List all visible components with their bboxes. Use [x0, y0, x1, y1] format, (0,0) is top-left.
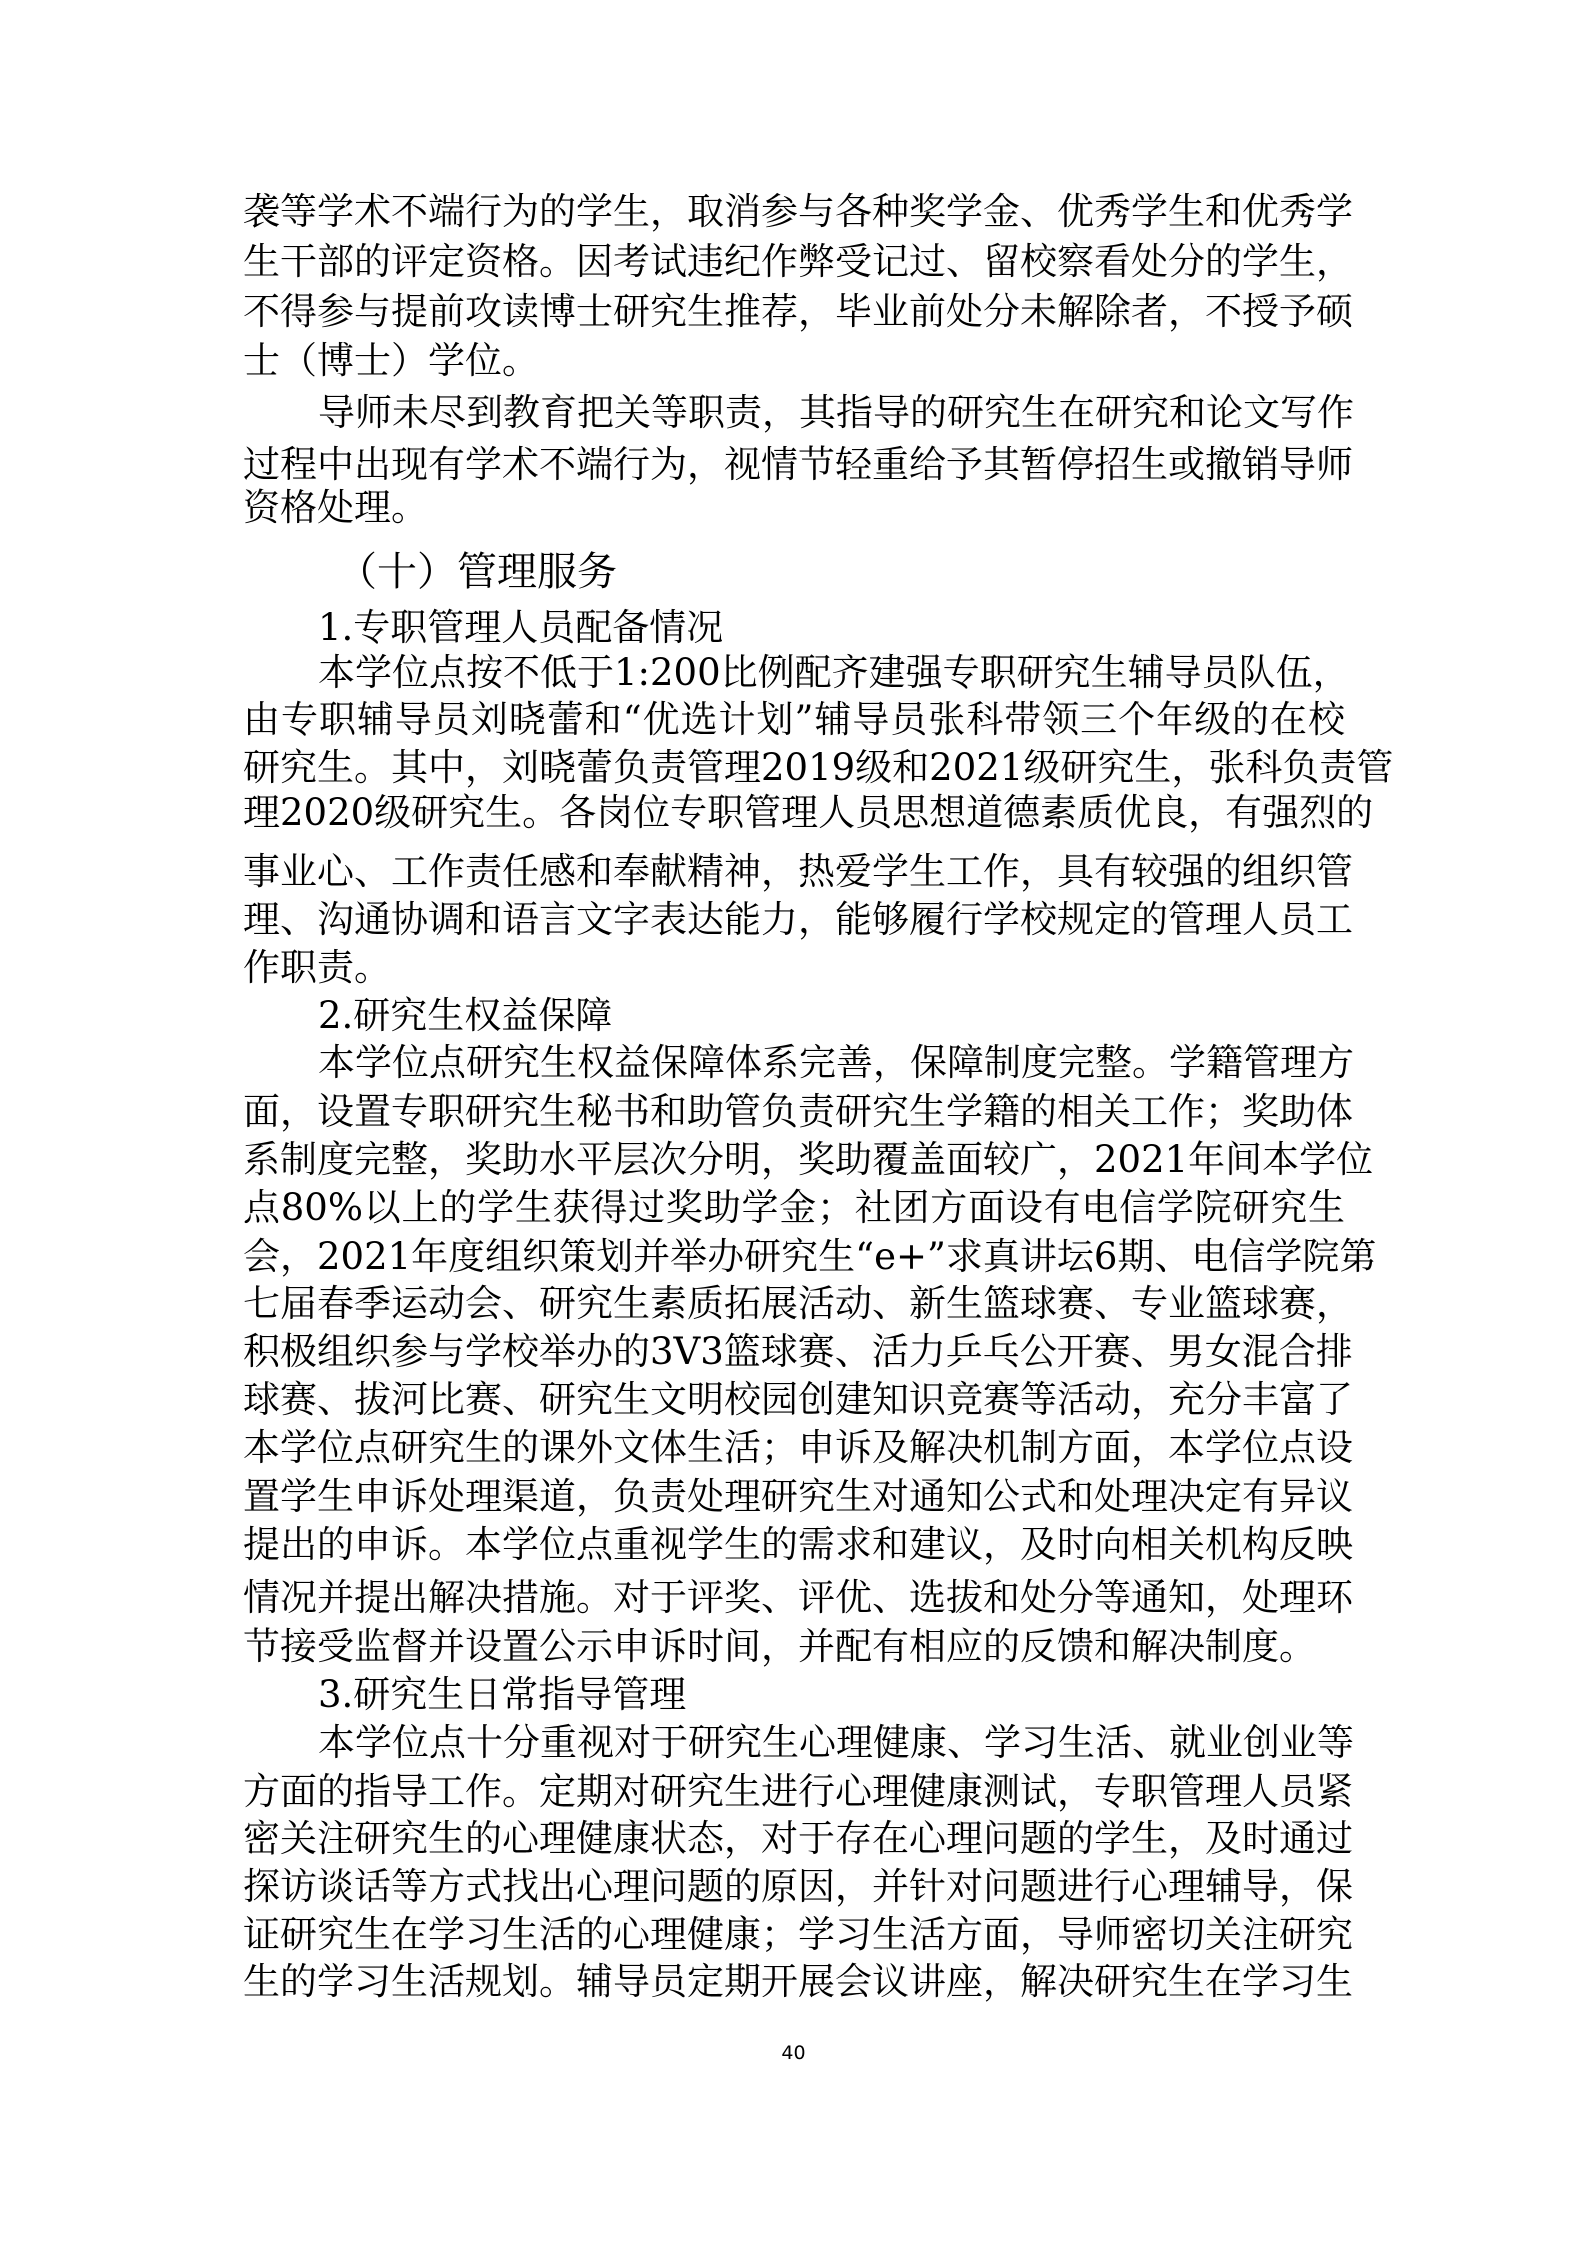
paragraph-last-line: 资格处理。 — [243, 483, 1345, 533]
text-line: 探访谈话等方式找出心理问题的原因，并针对问题进行心理辅导，保 — [243, 1862, 1345, 1912]
text-line: 本学位点研究生的课外文体生活；申诉及解决机制方面，本学位点设 — [243, 1423, 1345, 1473]
text-line: 球赛、拔河比赛、研究生文明校园创建知识竞赛等活动，充分丰富了 — [243, 1375, 1345, 1425]
document-page: 袭等学术不端行为的学生，取消参与各种奖学金、优秀学生和优秀学生干部的评定资格。因… — [0, 0, 1587, 2245]
text-line: 提出的申诉。本学位点重视学生的需求和建议，及时向相关机构反映 — [243, 1520, 1345, 1570]
paragraph-first-line: 导师未尽到教育把关等职责，其指导的研究生在研究和论文写作 — [318, 388, 1345, 438]
text-line: 理2020级研究生。各岗位专职管理人员思想道德素质优良，有强烈的 — [243, 788, 1345, 838]
page-number: 40 — [0, 2038, 1587, 2068]
text-line: 系制度完整，奖助水平层次分明，奖助覆盖面较广，2021年间本学位 — [243, 1135, 1345, 1185]
subsection-heading: 1.专职管理人员配备情况 — [318, 603, 1345, 653]
text-line: 事业心、工作责任感和奉献精神，热爱学生工作，具有较强的组织管 — [243, 847, 1345, 897]
text-line: 不得参与提前攻读博士研究生推荐，毕业前处分未解除者，不授予硕 — [243, 287, 1345, 337]
text-line: 生的学习生活规划。辅导员定期开展会议讲座，解决研究生在学习生 — [243, 1957, 1345, 2007]
text-line: 生干部的评定资格。因考试违纪作弊受记过、留校察看处分的学生， — [243, 237, 1345, 287]
text-line: 积极组织参与学校举办的3V3篮球赛、活力乒乓公开赛、男女混合排 — [243, 1327, 1345, 1377]
text-line: 由专职辅导员刘晓蕾和“优选计划”辅导员张科带领三个年级的在校 — [243, 695, 1345, 745]
section-heading: （十）管理服务 — [337, 544, 1439, 600]
paragraph-last-line: 作职责。 — [243, 943, 1345, 993]
text-line: 理、沟通协调和语言文字表达能力，能够履行学校规定的管理人员工 — [243, 895, 1345, 945]
paragraph-last-line: 节接受监督并设置公示申诉时间，并配有相应的反馈和解决制度。 — [243, 1622, 1345, 1672]
paragraph-first-line: 本学位点研究生权益保障体系完善，保障制度完整。学籍管理方 — [318, 1038, 1345, 1088]
text-line: 面，设置专职研究生秘书和助管负责研究生学籍的相关工作；奖助体 — [243, 1087, 1345, 1137]
text-line: 会，2021年度组织策划并举办研究生“e+”求真讲坛6期、电信学院第 — [243, 1232, 1345, 1282]
paragraph-last-line: 士（博士）学位。 — [243, 336, 1345, 386]
text-line: 研究生。其中，刘晓蕾负责管理2019级和2021级研究生，张科负责管 — [243, 743, 1345, 793]
text-line: 方面的指导工作。定期对研究生进行心理健康测试，专职管理人员紧 — [243, 1767, 1345, 1817]
text-line: 证研究生在学习生活的心理健康；学习生活方面，导师密切关注研究 — [243, 1910, 1345, 1960]
text-line: 点80%以上的学生获得过奖助学金；社团方面设有电信学院研究生 — [243, 1183, 1345, 1233]
paragraph-first-line: 本学位点按不低于1:200比例配齐建强专职研究生辅导员队伍， — [318, 648, 1345, 698]
text-line: 七届春季运动会、研究生素质拓展活动、新生篮球赛、专业篮球赛， — [243, 1279, 1345, 1329]
subsection-heading: 2.研究生权益保障 — [318, 991, 1345, 1041]
text-line: 情况并提出解决措施。对于评奖、评优、选拔和处分等通知，处理环 — [243, 1573, 1345, 1623]
paragraph-first-line: 本学位点十分重视对于研究生心理健康、学习生活、就业创业等 — [318, 1718, 1345, 1768]
text-line: 置学生申诉处理渠道，负责处理研究生对通知公式和处理决定有异议 — [243, 1472, 1345, 1522]
text-line: 袭等学术不端行为的学生，取消参与各种奖学金、优秀学生和优秀学 — [243, 187, 1345, 237]
subsection-heading: 3.研究生日常指导管理 — [318, 1670, 1345, 1720]
text-line: 密关注研究生的心理健康状态，对于存在心理问题的学生，及时通过 — [243, 1814, 1345, 1864]
